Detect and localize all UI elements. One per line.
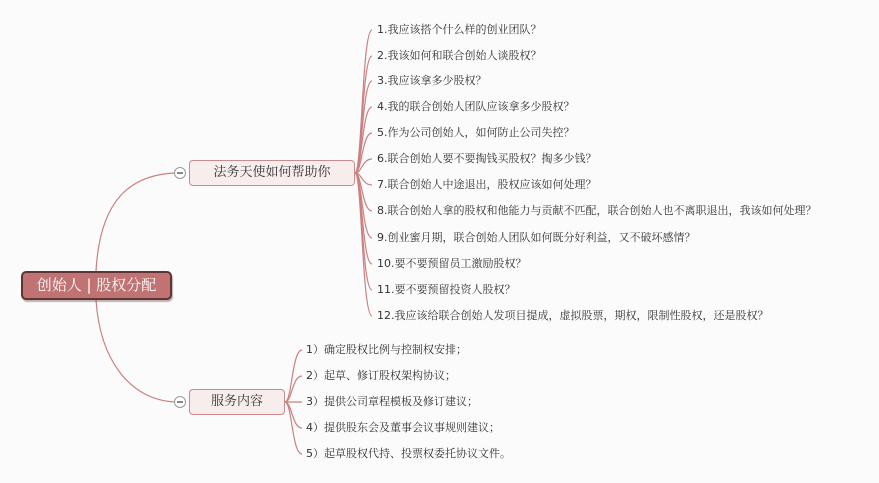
leaf-topic[interactable]: 6.联合创始人要不要掏钱买股权？掏多少钱？ bbox=[377, 152, 597, 166]
leaf-topic[interactable]: 9.创业蜜月期，联合创始人团队如何既分好利益，又不破坏感情？ bbox=[377, 231, 696, 245]
branch-topic-label: 服务内容 bbox=[211, 394, 263, 409]
leaf-topic[interactable]: 1）确定股权比例与控制权安排； bbox=[306, 343, 467, 357]
leaf-topic[interactable]: 8.联合创始人拿的股权和他能力与贡献不匹配，联合创始人也不离职退出，我该如何处理… bbox=[377, 204, 817, 218]
leaf-topic[interactable]: 5）起草股权代持、投票权委托协议文件。 bbox=[306, 447, 511, 461]
mind-map-canvas: 创始人 | 股权分配 法务天使如何帮助你 服务内容 1.我应该搭个什么样的创业团… bbox=[0, 0, 879, 483]
collapse-toggle-icon[interactable] bbox=[174, 167, 186, 179]
leaf-topic[interactable]: 10.要不要预留员工激励股权？ bbox=[377, 257, 527, 271]
branch-topic-services[interactable]: 服务内容 bbox=[189, 389, 285, 415]
leaf-topic[interactable]: 7.联合创始人中途退出，股权应该如何处理？ bbox=[377, 178, 597, 192]
root-topic-label: 创始人 | 股权分配 bbox=[37, 276, 157, 294]
branch-topic-label: 法务天使如何帮助你 bbox=[213, 165, 330, 180]
root-topic[interactable]: 创始人 | 股权分配 bbox=[21, 271, 172, 300]
leaf-topic[interactable]: 3）提供公司章程模板及修订建议； bbox=[306, 395, 478, 409]
leaf-topic[interactable]: 4.我的联合创始人团队应该拿多少股权？ bbox=[377, 100, 575, 114]
leaf-topic[interactable]: 2.我该如何和联合创始人谈股权？ bbox=[377, 49, 542, 63]
leaf-topic[interactable]: 5.作为公司创始人，如何防止公司失控？ bbox=[377, 126, 575, 140]
leaf-topic[interactable]: 1.我应该搭个什么样的创业团队？ bbox=[377, 23, 542, 37]
leaf-topic[interactable]: 2）起草、修订股权架构协议； bbox=[306, 369, 456, 383]
collapse-toggle-icon[interactable] bbox=[174, 396, 186, 408]
leaf-topic[interactable]: 3.我应该拿多少股权？ bbox=[377, 74, 487, 88]
branch-topic-legal-angel[interactable]: 法务天使如何帮助你 bbox=[189, 160, 355, 186]
leaf-topic[interactable]: 11.要不要预留投资人股权？ bbox=[377, 283, 516, 297]
leaf-topic[interactable]: 12.我应该给联合创始人发项目提成，虚拟股票，期权，限制性股权，还是股权？ bbox=[377, 309, 769, 323]
leaf-topic[interactable]: 4）提供股东会及董事会议事规则建议； bbox=[306, 421, 500, 435]
